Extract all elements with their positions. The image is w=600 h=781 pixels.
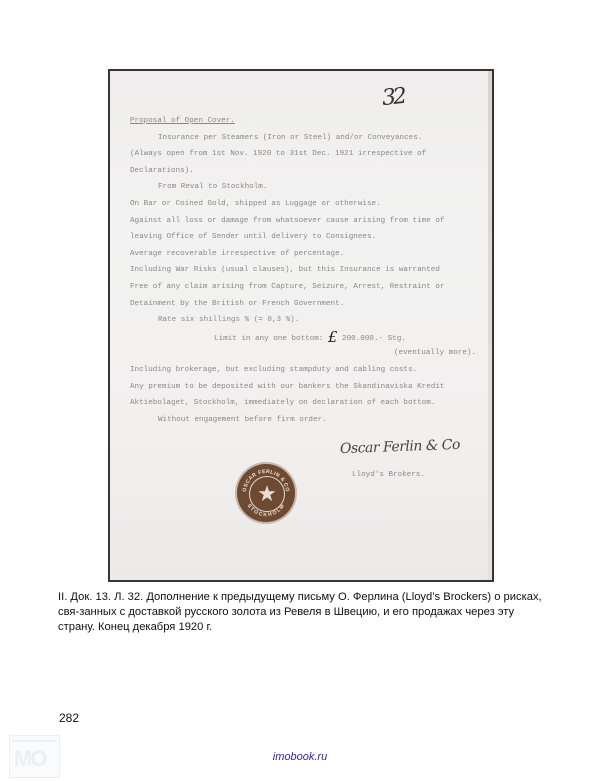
typed-line: Without engagement before firm order. bbox=[130, 412, 482, 429]
typed-line: (eventually more). bbox=[130, 345, 482, 362]
typed-line: Limit in any one bottom: £ 200.000.- Stg… bbox=[130, 329, 482, 346]
typed-line: Declarations). bbox=[130, 163, 482, 180]
typed-line: From Reval to Stockholm. bbox=[130, 179, 482, 196]
typed-line: Aktiebolaget, Stockholm, immediately on … bbox=[130, 395, 482, 412]
typed-line: Including War Risks (usual clauses), but… bbox=[130, 262, 482, 279]
typed-line: Against all loss or damage from whatsoev… bbox=[130, 213, 482, 230]
archival-document-image: 32 Proposal of Open Cover.Insurance per … bbox=[108, 69, 494, 582]
company-seal: OSCAR FERLIN & CO STOCKHOLM ★ bbox=[237, 464, 295, 522]
typed-line: Any premium to be deposited with our ban… bbox=[130, 379, 482, 396]
typed-line: Average recoverable irrespective of perc… bbox=[130, 246, 482, 263]
typed-line: Insurance per Steamers (Iron or Steel) a… bbox=[130, 130, 482, 147]
signature: Oscar Ferlin & Co bbox=[340, 437, 460, 457]
signatory-title: Lloyd's Brokers. bbox=[352, 471, 425, 479]
typed-line: Free of any claim arising from Capture, … bbox=[130, 279, 482, 296]
typed-line: Detainment by the British or French Gove… bbox=[130, 296, 482, 313]
figure-caption: II. Док. 13. Л. 32. Дополнение к предыду… bbox=[58, 590, 546, 635]
star-icon: ★ bbox=[249, 476, 285, 512]
typed-line: leaving Office of Sender until delivery … bbox=[130, 229, 482, 246]
page-number: 282 bbox=[59, 711, 79, 725]
typed-line: On Bar or Coined Gold, shipped as Luggag… bbox=[130, 196, 482, 213]
typed-line: Proposal of Open Cover. bbox=[130, 113, 482, 130]
folio-mark: 32 bbox=[381, 84, 405, 111]
typed-line: Including brokerage, but excluding stamp… bbox=[130, 362, 482, 379]
logo-bar bbox=[12, 740, 57, 742]
typed-line: (Always open from 1st Nov. 1920 to 31st … bbox=[130, 146, 482, 163]
typed-line: Rate six shillings % (= 0,3 %). bbox=[130, 312, 482, 329]
site-link[interactable]: imobook.ru bbox=[0, 751, 600, 763]
pound-sign: £ bbox=[328, 328, 338, 346]
typewritten-text: Proposal of Open Cover.Insurance per Ste… bbox=[130, 113, 482, 428]
